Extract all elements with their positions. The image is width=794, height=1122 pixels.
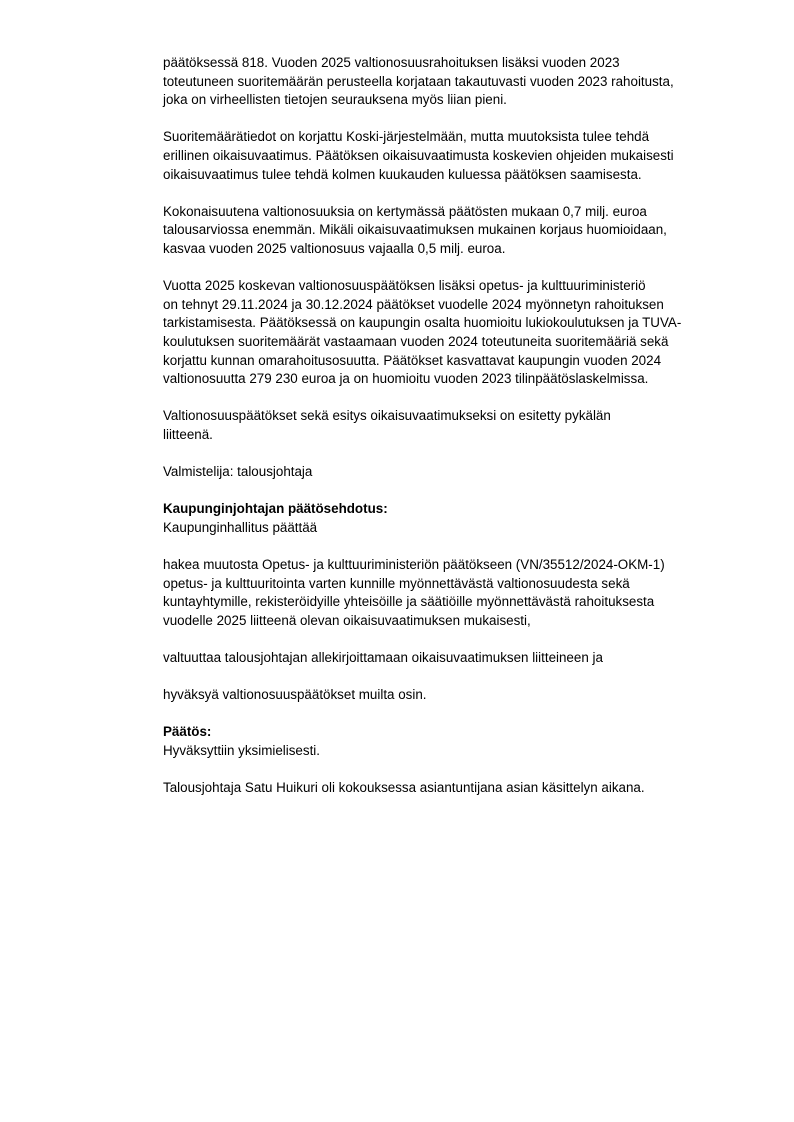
text-line: valtuuttaa talousjohtajan allekirjoittam… [163, 649, 743, 668]
text-line: tarkistamisesta. Päätöksessä on kaupungi… [163, 314, 743, 333]
text-line: Valtionosuuspäätökset sekä esitys oikais… [163, 407, 743, 426]
preparer-text: Valmistelija: talousjohtaja [163, 463, 743, 482]
paragraph-preparer: Valmistelija: talousjohtaja [163, 463, 743, 482]
text-line: Vuotta 2025 koskevan valtionosuuspäätöks… [163, 277, 743, 296]
text-line: kuntayhtymille, rekisteröidyille yhteisö… [163, 593, 743, 612]
text-line: Suoritemäärätiedot on korjattu Koski-jär… [163, 128, 743, 147]
text-line: hyväksyä valtionosuuspäätökset muilta os… [163, 686, 743, 705]
text-line: talousarviossa enemmän. Mikäli oikaisuva… [163, 221, 743, 240]
document-page: päätöksessä 818. Vuoden 2025 valtionosuu… [163, 54, 743, 798]
text-line: liitteenä. [163, 426, 743, 445]
text-line: toteutuneen suoritemäärän perusteella ko… [163, 73, 743, 92]
decision-text: Hyväksyttiin yksimielisesti. [163, 742, 743, 761]
text-line: hakea muutosta Opetus- ja kulttuuriminis… [163, 556, 743, 575]
paragraph-2024-decisions: Vuotta 2025 koskevan valtionosuuspäätöks… [163, 277, 743, 389]
proposal-heading: Kaupunginjohtajan päätösehdotus: [163, 500, 743, 519]
proposal-section: Kaupunginjohtajan päätösehdotus: Kaupung… [163, 500, 743, 537]
proposal-item-appeal: hakea muutosta Opetus- ja kulttuuriminis… [163, 556, 743, 630]
text-line: erillinen oikaisuvaatimus. Päätöksen oik… [163, 147, 743, 166]
text-line: joka on virheellisten tietojen seuraukse… [163, 91, 743, 110]
text-line: koulutuksen suoritemäärät vastaamaan vuo… [163, 333, 743, 352]
text-line: Kokonaisuutena valtionosuuksia on kertym… [163, 203, 743, 222]
paragraph-koski-correction: Suoritemäärätiedot on korjattu Koski-jär… [163, 128, 743, 184]
text-line: valtionosuutta 279 230 euroa ja on huomi… [163, 370, 743, 389]
proposal-item-authorize: valtuuttaa talousjohtajan allekirjoittam… [163, 649, 743, 668]
proposal-item-approve: hyväksyä valtionosuuspäätökset muilta os… [163, 686, 743, 705]
text-line: päätöksessä 818. Vuoden 2025 valtionosuu… [163, 54, 743, 73]
expert-note-text: Talousjohtaja Satu Huikuri oli kokoukses… [163, 779, 743, 798]
text-line: vuodelle 2025 liitteenä olevan oikaisuva… [163, 612, 743, 631]
expert-note: Talousjohtaja Satu Huikuri oli kokoukses… [163, 779, 743, 798]
paragraph-totals: Kokonaisuutena valtionosuuksia on kertym… [163, 203, 743, 259]
decision-section: Päätös: Hyväksyttiin yksimielisesti. [163, 723, 743, 760]
text-line: on tehnyt 29.11.2024 ja 30.12.2024 päätö… [163, 296, 743, 315]
decision-heading: Päätös: [163, 723, 743, 742]
text-line: korjattu kunnan omarahoitusosuutta. Päät… [163, 352, 743, 371]
paragraph-attachment: Valtionosuuspäätökset sekä esitys oikais… [163, 407, 743, 444]
text-line: kasvaa vuoden 2025 valtionosuus vajaalla… [163, 240, 743, 259]
paragraph-funding-correction: päätöksessä 818. Vuoden 2025 valtionosuu… [163, 54, 743, 110]
text-line: opetus- ja kulttuuritointa varten kunnil… [163, 575, 743, 594]
text-line: oikaisuvaatimus tulee tehdä kolmen kuuka… [163, 166, 743, 185]
proposal-intro: Kaupunginhallitus päättää [163, 519, 743, 538]
